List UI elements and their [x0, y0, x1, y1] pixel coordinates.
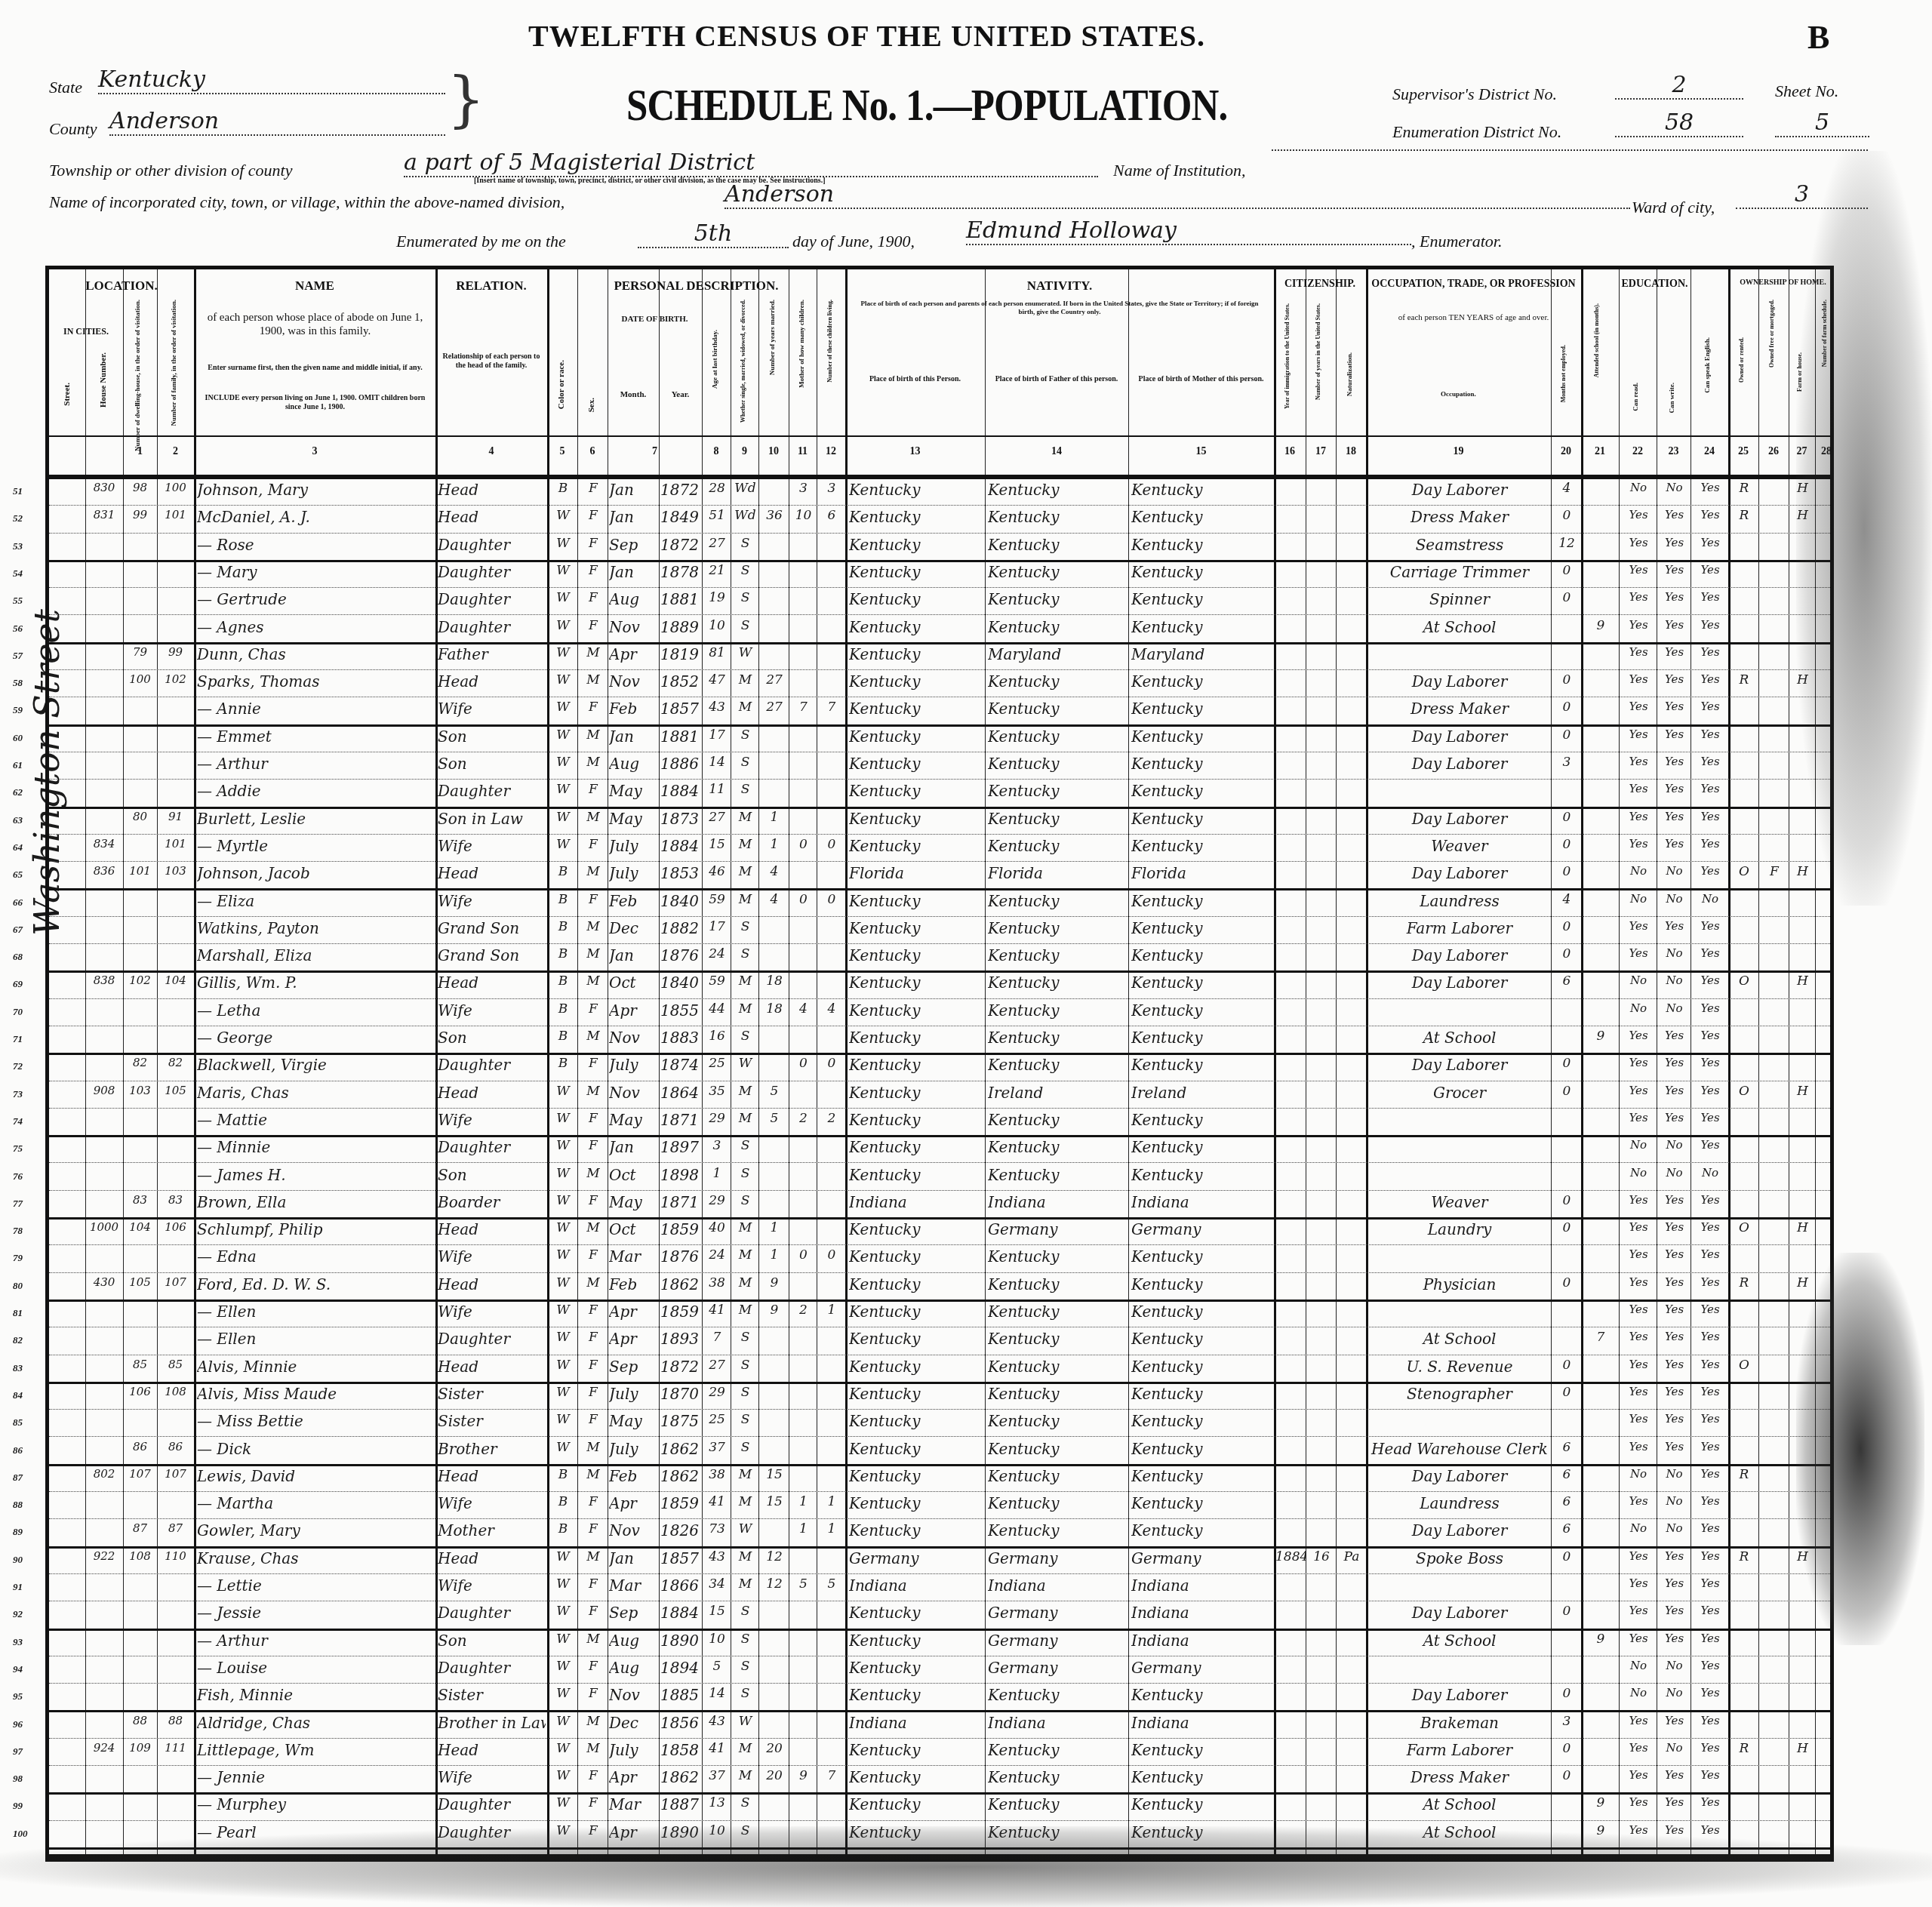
cell-mother: 0: [790, 1056, 817, 1071]
cell-sex: M: [579, 1220, 608, 1235]
cell-color: W: [549, 1412, 577, 1427]
cell-marital: S: [732, 536, 758, 551]
cell-color: W: [549, 1604, 577, 1619]
enumerator-label: , Enumerator.: [1411, 232, 1502, 251]
cell-month: Oct: [609, 973, 659, 992]
cell-month: Apr: [609, 1494, 659, 1512]
cell-year: 1875: [660, 1412, 702, 1430]
cell-color: W: [549, 1303, 577, 1318]
cell-age: 59: [703, 892, 731, 907]
cell-name: — Ellen: [197, 1330, 434, 1348]
cell-name: — Minnie: [197, 1138, 434, 1156]
line-number: 71: [13, 1033, 23, 1045]
cell-read: Yes: [1620, 1604, 1657, 1617]
cell-pob: Kentucky: [849, 1467, 983, 1485]
cell-color: B: [549, 1467, 577, 1482]
cell-color: W: [549, 1659, 577, 1674]
vh-speak-english: Can speak English.: [1703, 337, 1711, 393]
line-number: 51: [13, 485, 23, 497]
table-row: 55— GertrudeDaughterWFAug188119SKentucky…: [49, 587, 1830, 615]
cell-read: Yes: [1620, 1494, 1657, 1508]
cell-name: Aldridge, Chas: [197, 1714, 434, 1732]
cell-marital: M: [732, 1247, 758, 1263]
header-name: NAME: [194, 278, 435, 294]
cell-name: — Gertrude: [197, 590, 434, 608]
cell-name: — Murphey: [197, 1795, 434, 1813]
cell-dwelling: 86: [123, 1440, 157, 1453]
cell-write: Yes: [1658, 727, 1690, 741]
cell-family: 107: [157, 1275, 194, 1289]
cell-unemp: 6: [1552, 973, 1581, 989]
cell-imm: 1884: [1275, 1549, 1306, 1564]
cell-occupation: Day Laborer: [1370, 973, 1549, 992]
cell-owned: R: [1730, 1467, 1758, 1482]
cell-family: 103: [157, 864, 194, 878]
cell-living: 0: [818, 837, 845, 852]
cell-relation: Wife: [438, 1768, 546, 1786]
cell-pob: Kentucky: [849, 672, 983, 691]
cell-read: Yes: [1620, 755, 1657, 768]
cell-age: 15: [703, 837, 731, 852]
table-row: 62— AddieDaughterWFMay188411SKentuckyKen…: [49, 779, 1830, 808]
cell-house: 834: [85, 837, 123, 850]
cell-pob-f: Kentucky: [988, 618, 1127, 636]
cell-sex: M: [579, 810, 608, 825]
cell-month: Nov: [609, 1029, 659, 1047]
cell-name: — Dick: [197, 1440, 434, 1458]
cell-sex: M: [579, 727, 608, 743]
cell-marital: M: [732, 864, 758, 879]
ward-label: Ward of city,: [1632, 198, 1715, 217]
cell-color: W: [549, 700, 577, 715]
cell-color: B: [549, 481, 577, 496]
cell-read: No: [1620, 1467, 1657, 1481]
cell-occupation: Laundress: [1370, 1494, 1549, 1512]
cell-marital: S: [732, 1193, 758, 1208]
cell-house: 831: [85, 508, 123, 521]
cell-occupation: Dress Maker: [1370, 508, 1549, 526]
cell-living: 1: [818, 1521, 845, 1536]
cell-month: Apr: [609, 1768, 659, 1786]
cell-pob: Kentucky: [849, 508, 983, 526]
table-row: 5183098100Johnson, MaryHeadBFJan187228Wd…: [49, 478, 1830, 506]
cell-color: W: [549, 590, 577, 605]
cell-pob: Kentucky: [849, 1358, 983, 1376]
cell-house: 1000: [85, 1220, 123, 1234]
supervisor-label: Supervisor's District No.: [1392, 85, 1557, 104]
cell-unemp: 0: [1552, 1385, 1581, 1400]
cell-month: Apr: [609, 1001, 659, 1020]
cell-sex: F: [579, 1768, 608, 1783]
cell-year: 1876: [660, 1247, 702, 1266]
cell-marital: M: [732, 672, 758, 687]
cell-pob-m: Kentucky: [1131, 1385, 1273, 1403]
cell-pob: Kentucky: [849, 1659, 983, 1677]
table-row: 97924109111Littlepage, WmHeadWMJuly18584…: [49, 1738, 1830, 1766]
cell-relation: Head: [438, 1549, 546, 1567]
cell-occupation: Dress Maker: [1370, 1768, 1549, 1786]
cell-write: No: [1658, 1659, 1690, 1672]
cell-month: Feb: [609, 892, 659, 910]
cell-name: — Edna: [197, 1247, 434, 1266]
cell-unemp: 0: [1552, 864, 1581, 879]
line-number: 85: [13, 1416, 23, 1429]
cell-marital: S: [732, 1166, 758, 1181]
cell-sex: F: [579, 618, 608, 633]
cell-year: 1873: [660, 810, 702, 828]
cell-ym: 1: [760, 837, 789, 852]
cell-family: 86: [157, 1440, 194, 1453]
cell-age: 41: [703, 1303, 731, 1318]
cell-read: Yes: [1620, 1084, 1657, 1097]
cell-occupation: Stenographer: [1370, 1385, 1549, 1403]
cell-pob-m: Kentucky: [1131, 1275, 1273, 1293]
cell-read: Yes: [1620, 1412, 1657, 1426]
cell-school: 7: [1583, 1330, 1619, 1345]
cell-relation: Wife: [438, 1576, 546, 1595]
cell-name: — Mattie: [197, 1111, 434, 1129]
line-number: 86: [13, 1444, 23, 1456]
cell-pob-f: Kentucky: [988, 700, 1127, 718]
cell-write: Yes: [1658, 1795, 1690, 1809]
cell-occupation: Seamstress: [1370, 536, 1549, 554]
table-row: 638091Burlett, LeslieSon in LawWMMay1873…: [49, 807, 1830, 835]
cell-marital: S: [732, 782, 758, 797]
cell-year: 1884: [660, 782, 702, 800]
cell-dwelling: 104: [123, 1220, 157, 1234]
cell-month: May: [609, 810, 659, 828]
cell-english: Yes: [1692, 1632, 1728, 1645]
table-row: 76— James H.SonWMOct18981SKentuckyKentuc…: [49, 1163, 1830, 1191]
cell-unemp: 0: [1552, 727, 1581, 743]
cell-read: Yes: [1620, 1741, 1657, 1755]
cell-pob: Kentucky: [849, 1632, 983, 1650]
cell-house: 430: [85, 1275, 123, 1289]
cell-english: No: [1692, 1166, 1728, 1180]
cell-read: Yes: [1620, 1632, 1657, 1645]
cell-pob-f: Kentucky: [988, 1247, 1127, 1266]
cell-year: 1840: [660, 892, 702, 910]
cell-family: 107: [157, 1467, 194, 1481]
cell-occupation: At School: [1370, 1029, 1549, 1047]
cell-unemp: 0: [1552, 1358, 1581, 1373]
cell-write: Yes: [1658, 782, 1690, 795]
cell-pob-f: Florida: [988, 864, 1127, 882]
cell-pob-f: Kentucky: [988, 508, 1127, 526]
header-dob: DATE OF BIRTH.: [608, 315, 702, 324]
cell-dwelling: 99: [123, 508, 157, 521]
cell-ym: 9: [760, 1275, 789, 1290]
table-row: 968888Aldridge, ChasBrother in LawWMDec1…: [49, 1711, 1830, 1739]
cell-relation: Head: [438, 1358, 546, 1376]
cell-unemp: 0: [1552, 1084, 1581, 1099]
table-row: 5283199101McDaniel, A. J.HeadWFJan184951…: [49, 505, 1830, 533]
cell-color: B: [549, 946, 577, 961]
cell-year: 1870: [660, 1385, 702, 1403]
cell-living: 0: [818, 1056, 845, 1071]
cell-english: Yes: [1692, 1193, 1728, 1207]
table-row: 74— MattieWifeWFMay187129M522KentuckyKen…: [49, 1108, 1830, 1137]
cell-color: B: [549, 1521, 577, 1536]
cell-pob-f: Kentucky: [988, 1001, 1127, 1020]
cell-english: Yes: [1692, 1111, 1728, 1124]
cell-age: 38: [703, 1467, 731, 1482]
cell-pob: Kentucky: [849, 1056, 983, 1074]
cell-name: — Rose: [197, 536, 434, 554]
cell-year: 1878: [660, 563, 702, 581]
cell-name: Gillis, Wm. P.: [197, 973, 434, 992]
cell-english: Yes: [1692, 1714, 1728, 1727]
cell-pob: Kentucky: [849, 810, 983, 828]
cell-year: 1862: [660, 1440, 702, 1458]
cell-month: Nov: [609, 1084, 659, 1102]
cell-dwelling: 106: [123, 1385, 157, 1398]
cell-farm: H: [1790, 1220, 1815, 1235]
cell-age: 51: [703, 508, 731, 523]
cell-write: Yes: [1658, 1275, 1690, 1289]
cell-age: 59: [703, 973, 731, 989]
cell-mother: 0: [790, 892, 817, 907]
cell-year: 1856: [660, 1714, 702, 1732]
table-row: 868686— DickBrotherWMJuly186237SKentucky…: [49, 1437, 1830, 1466]
cell-owned: O: [1730, 864, 1758, 879]
cell-family: 82: [157, 1056, 194, 1069]
cell-marital: S: [732, 1604, 758, 1619]
cell-sex: F: [579, 590, 608, 605]
cell-name: Johnson, Mary: [197, 481, 434, 499]
table-row: 81— EllenWifeWFApr185941M921KentuckyKent…: [49, 1300, 1830, 1327]
cell-age: 29: [703, 1193, 731, 1208]
cell-write: Yes: [1658, 1714, 1690, 1727]
cell-pob: Kentucky: [849, 536, 983, 554]
cell-read: No: [1620, 1138, 1657, 1152]
cell-month: May: [609, 1193, 659, 1211]
table-row: 61— ArthurSonWMAug188614SKentuckyKentuck…: [49, 752, 1830, 780]
cell-dwelling: 109: [123, 1741, 157, 1755]
cell-color: W: [549, 1275, 577, 1290]
cell-pob: Indiana: [849, 1193, 983, 1211]
line-number: 75: [13, 1143, 23, 1155]
cell-month: Jan: [609, 727, 659, 746]
cell-write: Yes: [1658, 618, 1690, 632]
cell-age: 25: [703, 1412, 731, 1427]
cell-relation: Brother in Law: [438, 1714, 546, 1732]
cell-unemp: 0: [1552, 810, 1581, 825]
cell-pob-m: Indiana: [1131, 1714, 1273, 1732]
cell-name: Alvis, Minnie: [197, 1358, 434, 1376]
cell-write: Yes: [1658, 1029, 1690, 1042]
cell-month: July: [609, 1741, 659, 1759]
cell-family: 105: [157, 1084, 194, 1097]
cell-relation: Daughter: [438, 782, 546, 800]
cell-relation: Head: [438, 1220, 546, 1238]
header-relation: RELATION.: [435, 278, 547, 294]
cell-color: W: [549, 782, 577, 797]
vh-years-us: Number of years in the United States.: [1315, 303, 1321, 400]
cell-occupation: At School: [1370, 1795, 1549, 1813]
cell-relation: Brother: [438, 1440, 546, 1458]
state-value: Kentucky: [98, 66, 445, 94]
cell-pob-f: Kentucky: [988, 1275, 1127, 1293]
cell-year: 1887: [660, 1795, 702, 1813]
cell-pob-m: Kentucky: [1131, 1412, 1273, 1430]
cell-pob: Kentucky: [849, 892, 983, 910]
cell-read: Yes: [1620, 1795, 1657, 1809]
table-row: 67Watkins, PaytonGrand SonBMDec188217SKe…: [49, 916, 1830, 944]
cell-color: W: [549, 810, 577, 825]
cell-sex: M: [579, 755, 608, 770]
cell-ym: 4: [760, 892, 789, 907]
cell-read: Yes: [1620, 1220, 1657, 1234]
cell-family: 106: [157, 1220, 194, 1234]
cell-occupation: Day Laborer: [1370, 727, 1549, 746]
cell-pob-m: Kentucky: [1131, 1330, 1273, 1348]
line-number: 95: [13, 1690, 23, 1702]
cell-sex: F: [579, 1303, 608, 1318]
cell-living: 0: [818, 1247, 845, 1263]
cell-write: No: [1658, 864, 1690, 878]
header-year: Year.: [659, 390, 702, 400]
cell-relation: Head: [438, 1084, 546, 1102]
cell-month: Dec: [609, 1714, 659, 1732]
cell-mother: 10: [790, 508, 817, 523]
cell-sex: M: [579, 946, 608, 961]
cell-marital: M: [732, 1275, 758, 1290]
cell-month: July: [609, 1385, 659, 1403]
cell-sex: F: [579, 1138, 608, 1153]
cell-pob-f: Kentucky: [988, 1358, 1127, 1376]
header-name-instr1: Enter surname first, then the given name…: [204, 364, 426, 373]
cell-pob-f: Germany: [988, 1549, 1127, 1567]
header-pob-person: Place of birth of this Person.: [849, 375, 981, 384]
line-number: 87: [13, 1472, 23, 1484]
line-number: 80: [13, 1280, 23, 1292]
cell-pob-f: Kentucky: [988, 1521, 1127, 1539]
cell-month: July: [609, 837, 659, 855]
cell-dwelling: 100: [123, 672, 157, 686]
cell-dwelling: 83: [123, 1193, 157, 1207]
cell-age: 14: [703, 755, 731, 770]
cell-age: 44: [703, 1001, 731, 1017]
cell-english: Yes: [1692, 645, 1728, 659]
cell-occupation: Day Laborer: [1370, 1604, 1549, 1622]
table-row: 59— AnnieWifeWFFeb185743M2777KentuckyKen…: [49, 697, 1830, 726]
cell-marital: M: [732, 1741, 758, 1756]
cell-marital: S: [732, 563, 758, 578]
cell-year: 1885: [660, 1686, 702, 1704]
vh-age: Age at last birthday.: [711, 330, 718, 389]
cell-english: Yes: [1692, 946, 1728, 960]
cell-family: 111: [157, 1741, 194, 1755]
cell-pob-m: Kentucky: [1131, 1111, 1273, 1129]
line-number: 74: [13, 1115, 23, 1127]
vh-mother-of: Mother of how many children.: [798, 300, 805, 388]
cell-pob-f: Germany: [988, 1604, 1127, 1622]
cell-year: 1884: [660, 1604, 702, 1622]
cell-pob-m: Kentucky: [1131, 1138, 1273, 1156]
cell-age: 11: [703, 782, 731, 797]
enumeration-label: Enumeration District No.: [1392, 122, 1561, 142]
cell-sex: M: [579, 672, 608, 687]
cell-month: Aug: [609, 1632, 659, 1650]
cell-relation: Wife: [438, 892, 546, 910]
cell-marital: Wd: [732, 508, 758, 523]
table-row: 838585Alvis, MinnieHeadWFSep187227SKentu…: [49, 1355, 1830, 1384]
cell-name: Sparks, Thomas: [197, 672, 434, 691]
cell-living: 7: [818, 700, 845, 715]
cell-ym: 9: [760, 1303, 789, 1318]
cell-english: Yes: [1692, 618, 1728, 632]
cell-relation: Boarder: [438, 1193, 546, 1211]
cell-pob-m: Kentucky: [1131, 590, 1273, 608]
cell-name: — Jennie: [197, 1768, 434, 1786]
cell-relation: Daughter: [438, 618, 546, 636]
cell-year: 1857: [660, 1549, 702, 1567]
cell-relation: Wife: [438, 837, 546, 855]
cell-sex: M: [579, 1029, 608, 1044]
line-number: 78: [13, 1225, 23, 1237]
cell-ym: 1: [760, 1220, 789, 1235]
cell-sex: F: [579, 1412, 608, 1427]
cell-relation: Daughter: [438, 1659, 546, 1677]
cell-month: Nov: [609, 672, 659, 691]
cell-marital: S: [732, 1385, 758, 1400]
cell-unemp: 0: [1552, 1275, 1581, 1290]
cell-unemp: 0: [1552, 1686, 1581, 1701]
line-number: 60: [13, 732, 23, 744]
cell-occupation: Day Laborer: [1370, 672, 1549, 691]
cell-year: 1819: [660, 645, 702, 663]
cell-age: 27: [703, 810, 731, 825]
cell-pob-m: Kentucky: [1131, 755, 1273, 773]
cell-owned: O: [1730, 1220, 1758, 1235]
cell-write: Yes: [1658, 563, 1690, 577]
table-row: 781000104106Schlumpf, PhilipHeadWMOct185…: [49, 1217, 1830, 1245]
cell-read: No: [1620, 481, 1657, 494]
cell-relation: Daughter: [438, 590, 546, 608]
city-value: Anderson: [724, 181, 1630, 209]
cell-pob-f: Kentucky: [988, 1111, 1127, 1129]
cell-english: Yes: [1692, 563, 1728, 577]
cell-marital: W: [732, 1521, 758, 1536]
institution-label: Name of Institution,: [1113, 161, 1245, 180]
cell-sex: M: [579, 1166, 608, 1181]
cell-month: Feb: [609, 1467, 659, 1485]
cell-name: — Addie: [197, 782, 434, 800]
cell-color: W: [549, 755, 577, 770]
cell-year: 1852: [660, 672, 702, 691]
cell-english: Yes: [1692, 536, 1728, 549]
cell-age: 27: [703, 1358, 731, 1373]
cell-english: Yes: [1692, 1029, 1728, 1042]
vh-can-read: Can read.: [1632, 383, 1639, 411]
cell-write: No: [1658, 481, 1690, 494]
cell-pob: Kentucky: [849, 973, 983, 992]
table-row: 58100102Sparks, ThomasHeadWMNov185247M27…: [49, 669, 1830, 697]
cell-write: Yes: [1658, 837, 1690, 850]
cell-owned: O: [1730, 973, 1758, 989]
table-row: 95Fish, MinnieSisterWFNov188514SKentucky…: [49, 1683, 1830, 1712]
cell-marital: S: [732, 1330, 758, 1345]
cell-occupation: Dress Maker: [1370, 700, 1549, 718]
cell-pob-f: Kentucky: [988, 1440, 1127, 1458]
line-number: 79: [13, 1252, 23, 1264]
line-number: 63: [13, 814, 23, 826]
cell-sex: F: [579, 1056, 608, 1071]
cell-year: 1840: [660, 973, 702, 992]
cell-marital: W: [732, 1056, 758, 1071]
cell-name: Krause, Chas: [197, 1549, 434, 1567]
